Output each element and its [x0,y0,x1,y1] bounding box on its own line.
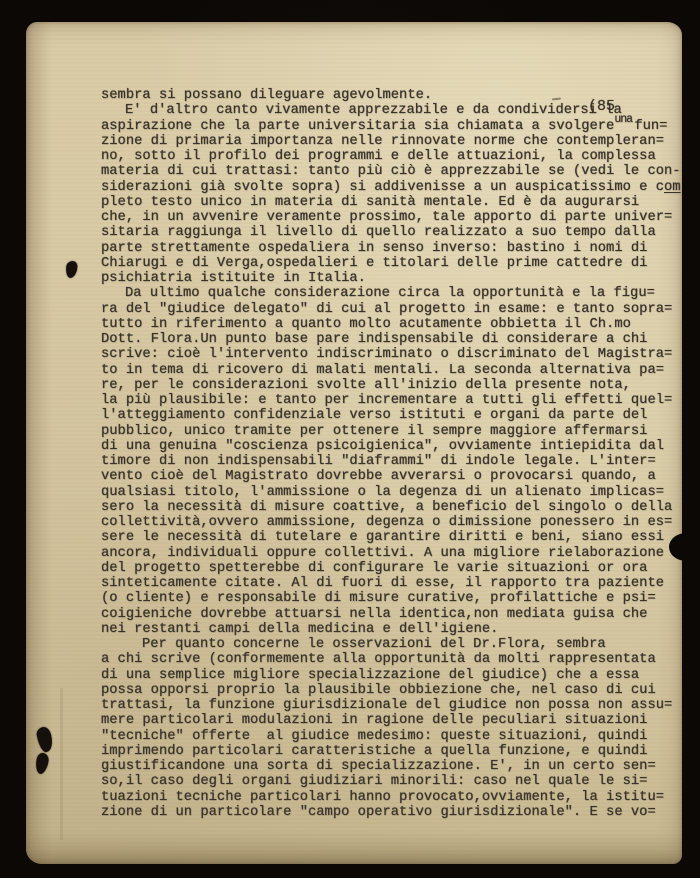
text-line: aspirazione che la parte universitaria s… [101,119,661,134]
text-line: E' d'altro canto vivamente apprezzabile … [101,103,661,118]
superscript-insertion: una [614,112,634,127]
text-line: vento cioè del Magistrato dovrebbe avver… [101,469,661,484]
text-line: coigieniche dovrebbe attuarsi nella iden… [101,607,661,622]
text-line: siderazioni già svolte sopra) si addiven… [101,180,661,195]
text-line: timore di non indispensabili "diaframmi"… [101,454,661,469]
text-line: che, in un avvenire veramente prossimo, … [101,210,661,225]
text-line: zione di un particolare "campo operativo… [101,805,661,820]
text-line: tuazioni tecniche particolari hanno prov… [101,790,661,805]
document-page: (85 sembra si possano dileguare agevolme… [26,22,682,864]
text-block: sembra si possano dileguare agevolmente.… [101,88,661,820]
text-line: re, per le considerazioni svolte all'ini… [101,378,661,393]
text-line: psichiatria istituite in Italia. [101,271,661,286]
text-line: a chi scrive (conformemente alla opportu… [101,652,661,667]
text-line: qualsiasi titolo, l'ammissione o la dege… [101,485,661,500]
text-line: del progetto spetterebbe di configurare … [101,561,661,576]
text-line: Chiarugi e di Verga,ospedalieri e titola… [101,256,661,271]
text-line: imprimendo particolari caratteristiche a… [101,744,661,759]
text-line: tutto in riferimento a quanto molto acut… [101,317,661,332]
text-line: Da ultimo qualche considerazione circa l… [101,286,661,301]
text-line: giustificandone una sorta di specializza… [101,759,661,774]
text-line: ra del "giudice delegato" di cui al prog… [101,302,661,317]
text-line: zione di primaria importanza nelle rinno… [101,134,661,149]
text-line: materia di cui trattasi: tanto più ciò è… [101,164,661,179]
text-line: scrive: cioè l'intervento indiscriminato… [101,347,661,362]
text-line: Per quanto concerne le osservazioni del … [101,637,661,652]
right-edge-ink-notch [669,533,700,561]
text-line: possa opporsi proprio la plausibile obbi… [101,683,661,698]
text-line: pleto testo unico in materia di sanità m… [101,195,661,210]
text-line: la più plausibile: e tanto per increment… [101,393,661,408]
text-line: to in tema di ricovero di malati mentali… [101,363,661,378]
text-line: Dott. Flora.Un punto base pare indispens… [101,332,661,347]
text-line: mere particolari modulazioni in ragione … [101,713,661,728]
text-line: collettività,ovvero ammissione, degenza … [101,515,661,530]
text-line: sero la necessità di misure coattive, a … [101,500,661,515]
text-line: so,il caso degli organi giudiziari minor… [101,774,661,789]
text-line: l'atteggiamento confidenziale verso isti… [101,408,661,423]
scan-backdrop: { "colors": { "paper": "#d7c9a3", "ink":… [0,0,700,878]
text-line: trattasi, la funzione giurisdizionale de… [101,698,661,713]
text-line: "tecniche" offerte al giudice medesimo: … [101,729,661,744]
text-line: parte strettamente ospedaliera in senso … [101,241,661,256]
text-line: no, sotto il profilo dei programmi e del… [101,149,661,164]
text-line: di una semplice migliore specializzazion… [101,668,661,683]
text-line: sitaria raggiunga il livello di quello r… [101,225,661,240]
text-line: nei restanti campi della medicina e dell… [101,622,661,637]
text-line: sere le necessità di tutelare e garantir… [101,530,661,545]
text-line: ancora, individuali oppure collettivi. A… [101,546,661,561]
paper-crease [60,688,63,840]
text-line: pubblico, unico tramite per ottenere il … [101,424,661,439]
text-line: sinteticamente citate. Al di fuori di es… [101,576,661,591]
text-line: (o cliente) e responsabile di misure cur… [101,591,661,606]
text-line: sembra si possano dileguare agevolmente. [101,88,661,103]
text-line: di una genuina "coscienza psicoigienica"… [101,439,661,454]
